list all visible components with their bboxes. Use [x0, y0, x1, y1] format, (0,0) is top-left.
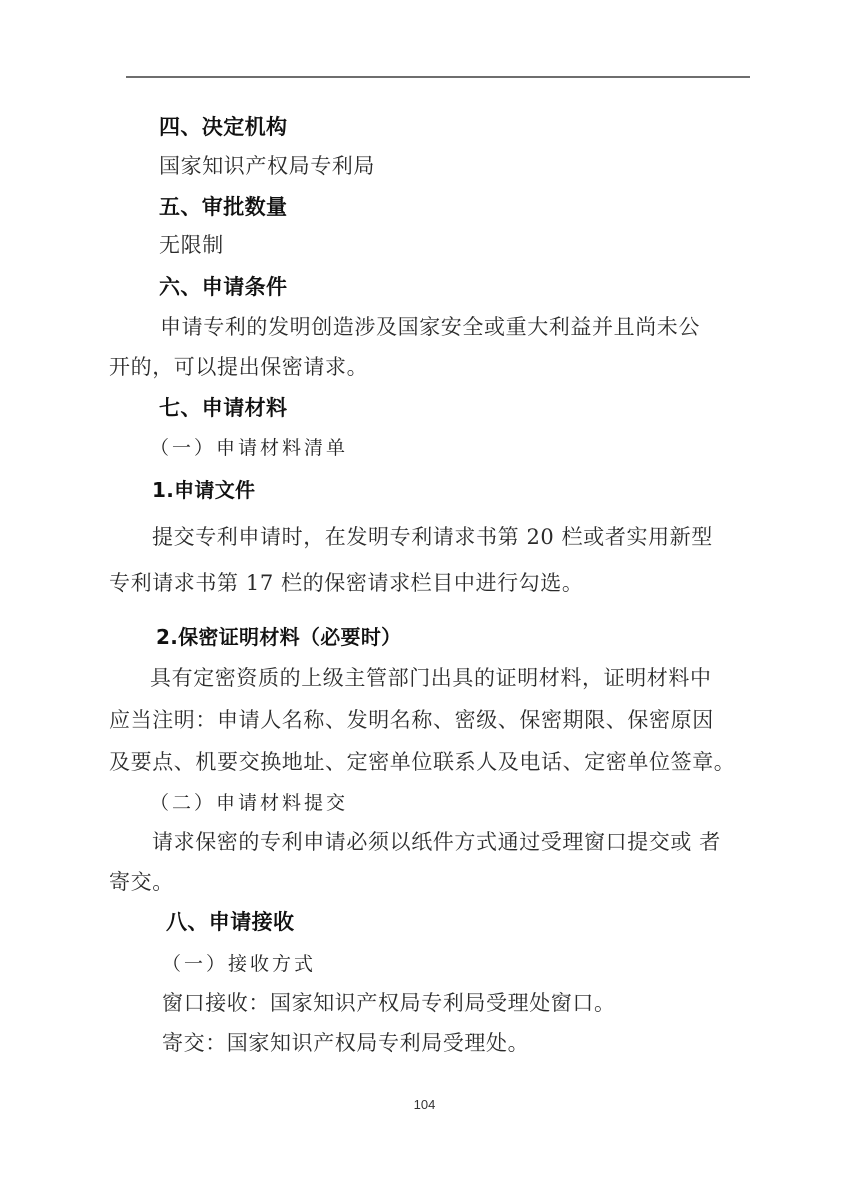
section-heading-approval-quantity: 五、审批数量 — [159, 195, 287, 219]
materials-submission-line-2: 寄交。 — [109, 870, 174, 894]
materials-submission-line-1: 请求保密的专利申请必须以纸件方式通过受理窗口提交或 者 — [152, 830, 721, 854]
item-heading-confidentiality-proof: 2.保密证明材料（必要时） — [156, 625, 401, 649]
confidentiality-proof-line-2: 应当注明：申请人名称、发明名称、密级、保密期限、保密原因 — [109, 708, 714, 732]
section-heading-decision-authority: 四、决定机构 — [159, 115, 287, 139]
section-heading-application-materials: 七、申请材料 — [159, 396, 287, 420]
section-heading-application-conditions: 六、申请条件 — [159, 275, 287, 299]
confidentiality-proof-line-3: 及要点、机要交换地址、定密单位联系人及电话、定密单位签章。 — [109, 750, 735, 774]
decision-authority-text: 国家知识产权局专利局 — [159, 154, 375, 178]
application-documents-line-1: 提交专利申请时，在发明专利请求书第 20 栏或者实用新型 — [152, 525, 713, 549]
confidentiality-proof-line-1: 具有定密资质的上级主管部门出具的证明材料，证明材料中 — [150, 666, 712, 690]
conditions-paragraph-line-1: 申请专利的发明创造涉及国家安全或重大利益并且尚未公 — [160, 315, 700, 339]
header-rule — [126, 76, 750, 78]
approval-quantity-text: 无限制 — [159, 233, 224, 257]
section-heading-application-receipt: 八、申请接收 — [166, 910, 294, 934]
subheading-materials-submission: （二）申请材料提交 — [150, 791, 348, 815]
page-number: 104 — [0, 1097, 849, 1112]
application-documents-line-2: 专利请求书第 17 栏的保密请求栏目中进行勾选。 — [109, 571, 583, 595]
receipt-method-window: 窗口接收：国家知识产权局专利局受理处窗口。 — [162, 991, 616, 1015]
conditions-paragraph-line-2: 开的，可以提出保密请求。 — [109, 355, 368, 379]
subheading-receipt-method: （一）接收方式 — [162, 952, 316, 976]
item-heading-application-documents: 1.申请文件 — [152, 478, 255, 502]
subheading-materials-list: （一）申请材料清单 — [150, 436, 348, 460]
receipt-method-mail: 寄交：国家知识产权局专利局受理处。 — [162, 1031, 529, 1055]
